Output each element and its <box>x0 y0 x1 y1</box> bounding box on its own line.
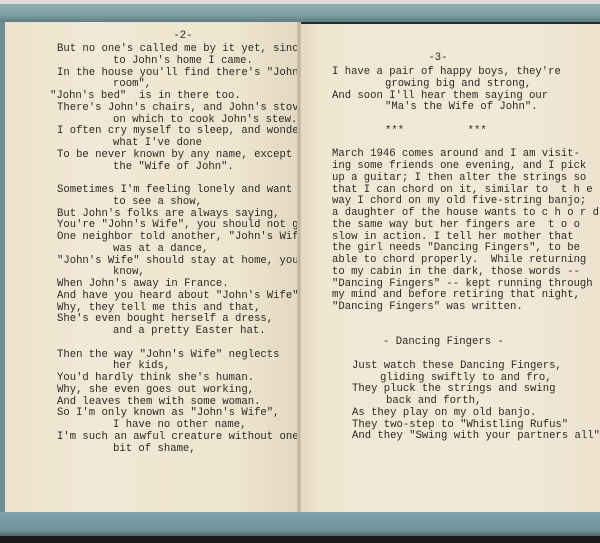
text-line: *** *** <box>385 126 487 138</box>
text-line: You'd hardly think she's human. <box>57 373 254 385</box>
text-line: a daughter of the house wants to c h o r… <box>332 208 599 220</box>
table-shadow <box>0 536 600 543</box>
text-line: "Dancing Fingers" was written. <box>332 302 523 314</box>
text-line: Just watch these Dancing Fingers, <box>352 361 562 373</box>
text-line: to my cabin in the dark, those words -- <box>332 267 580 279</box>
text-line: ing some friends one evening, and I pick <box>332 161 586 173</box>
text-line: growing big and strong, <box>385 79 531 91</box>
text-line: One neighbor told another, "John's Wife" <box>57 232 311 244</box>
text-line: And they "Swing with your partners all", <box>352 431 600 443</box>
text-line: - Dancing Fingers - <box>383 337 504 349</box>
text-line: and a pretty Easter hat. <box>113 326 266 338</box>
page-2: -2- But no one's called me by it yet, si… <box>5 22 297 514</box>
text-line: I have no other name, <box>113 420 247 432</box>
text-line: the "Wife of John". <box>113 162 234 174</box>
text-line: Sometimes I'm feeling lonely and want <box>57 185 292 197</box>
page-3: -3- I have a pair of happy boys, they're… <box>301 22 600 516</box>
text-line: to see a show, <box>113 197 202 209</box>
booklet-cover-top-edge <box>0 4 600 22</box>
text-line: was at a dance, <box>113 244 208 256</box>
text-line: back and forth, <box>386 396 481 408</box>
text-line: But no one's called me by it yet, since <box>57 44 305 56</box>
text-line: bit of shame, <box>113 444 196 456</box>
text-line: what I've done <box>113 138 202 150</box>
text-line: To be never known by any name, except <box>57 150 292 162</box>
page-number: -2- <box>153 31 213 43</box>
text-line: And have you heard about "John's Wife", <box>57 291 305 303</box>
text-line: In the house you'll find there's "John's <box>57 68 311 80</box>
text-line: As they play on my old banjo. <box>352 408 536 420</box>
text-line: There's John's chairs, and John's stove, <box>57 103 311 115</box>
page-number: -3- <box>408 53 468 65</box>
text-line: Why, she even goes out working, <box>57 385 254 397</box>
text-line: "John's Wife" should stay at home, you <box>57 256 299 268</box>
text-line: up a guitar; I then alter the strings so <box>332 173 586 185</box>
text-line: I have a pair of happy boys, they're <box>332 67 561 79</box>
text-line: "Ma's the Wife of John". <box>385 102 538 114</box>
text-line: able to chord properly. While returning <box>332 255 586 267</box>
text-line: I'm such an awful creature without one <box>57 432 299 444</box>
text-line: to John's home I came. <box>113 56 253 68</box>
text-line: When John's away in France. <box>57 279 229 291</box>
text-line: the same way but her fingers are t o o <box>332 220 580 232</box>
text-line: "John's bed" is in there too. <box>50 91 241 103</box>
